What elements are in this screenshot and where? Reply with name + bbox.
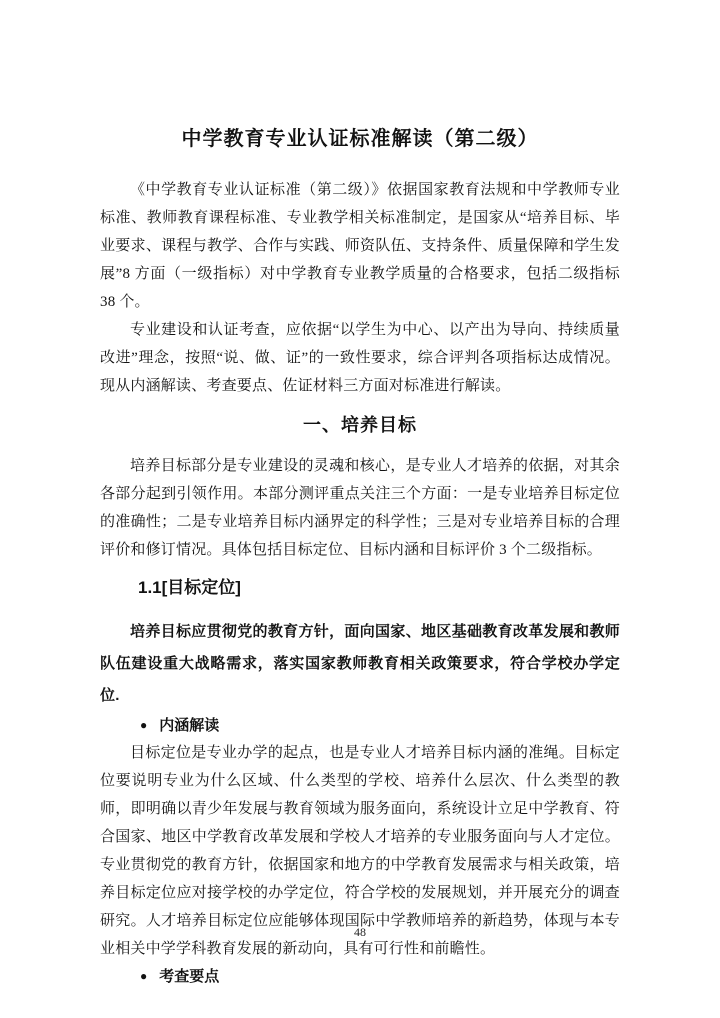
intro-paragraph-1: 《中学教育专业认证标准（第二级）》依据国家教育法规和中学教师专业标准、教师教育课… xyxy=(100,176,620,316)
bullet-item-inspection-points: ●考查要点 xyxy=(140,963,620,990)
section-heading-training-goals: 一、培养目标 xyxy=(100,412,620,438)
subsection-heading-goal-positioning: 1.1[目标定位] xyxy=(138,576,620,600)
bullet-item-connotation-label: 内涵解读 xyxy=(159,717,219,734)
bullet-dot-icon: ● xyxy=(140,712,147,738)
document-title: 中学教育专业认证标准解读（第二级） xyxy=(100,126,620,152)
bullet-item-inspection-points-label: 考查要点 xyxy=(159,968,219,985)
bullet-item-connotation: ●内涵解读 xyxy=(140,712,620,739)
page-number: 48 xyxy=(0,924,720,940)
section-overview-paragraph: 培养目标部分是专业建设的灵魂和核心，是专业人才培养的依据，对其余各部分起到引领作… xyxy=(100,452,620,564)
bullet-dot-icon: ● xyxy=(140,963,147,989)
intro-paragraph-2: 专业建设和认证考查，应依据“以学生为中心、以产出为导向、持续质量改进”理念，按照… xyxy=(100,316,620,400)
document-page: 中学教育专业认证标准解读（第二级） 《中学教育专业认证标准（第二级）》依据国家教… xyxy=(0,0,720,1018)
standard-statement-paragraph: 培养目标应贯彻党的教育方针，面向国家、地区基础教育改革发展和教师队伍建设重大战略… xyxy=(100,616,620,712)
